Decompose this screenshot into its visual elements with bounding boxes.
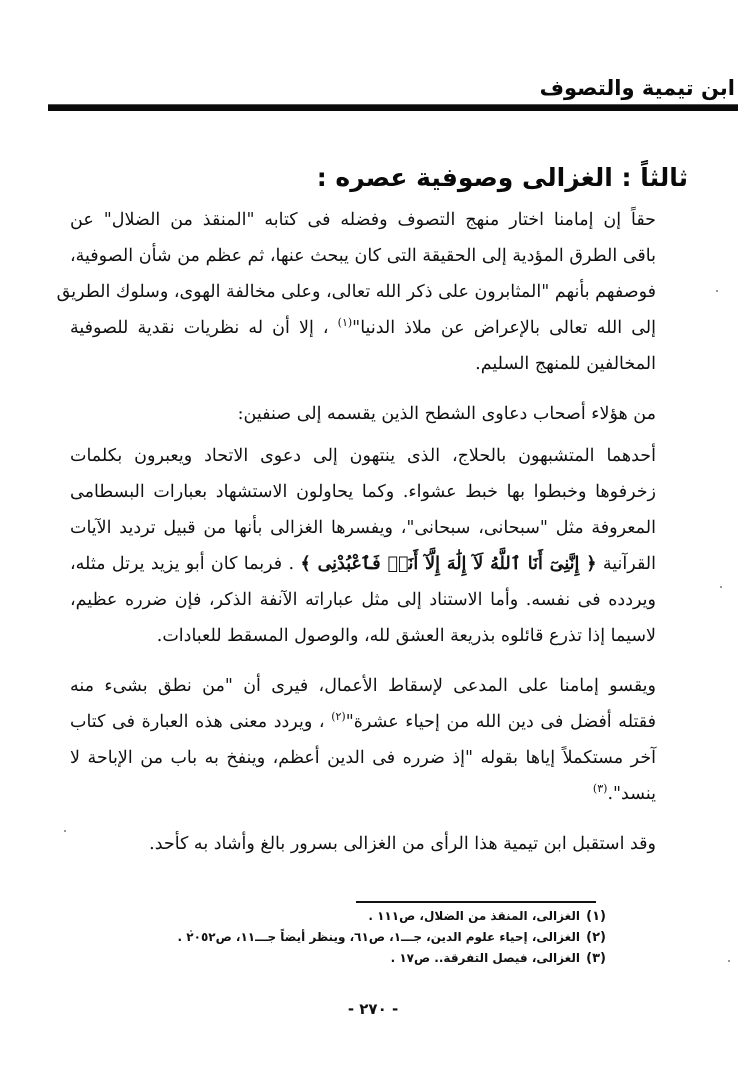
footnote-separator	[356, 901, 596, 903]
text-line: وقد استقبل ابن تيمية هذا الرأى من الغزال…	[70, 826, 686, 862]
footnote-ref-1[interactable]: (١)	[338, 316, 353, 329]
text-line: ويقسو إمامنا على المدعى لإسقاط الأعمال، …	[70, 668, 686, 704]
footnote-text: الغزالى، المنقذ من الضلال، ص١١١ .	[368, 906, 580, 927]
text-segment: ، ويردد معنى هذه العبارة فى كتاب	[70, 712, 331, 732]
footnote-ref-2[interactable]: (٢)	[331, 710, 346, 723]
text-line: ويردده فى نفسه. وأما الاستناد إلى مثل عب…	[70, 582, 686, 618]
paragraph-5: وقد استقبل ابن تيمية هذا الرأى من الغزال…	[70, 826, 686, 862]
text-segment: القرآنية	[603, 554, 656, 574]
text-line: لاسيما إذا تذرع قائلوه بذريعة العشق لله،…	[70, 618, 686, 654]
body-text: حقاً إن إمامنا اختار منهج التصوف وفضله ف…	[70, 202, 686, 862]
text-segment: ، إلا أن له نظريات نقدية للصوفية	[70, 318, 338, 338]
footnote-2: (٢) الغزالى، إحياء علوم الدين، جـــ١، ص٦…	[146, 927, 606, 948]
paragraph-2: من هؤلاء أصحاب دعاوى الشطح الذين يقسمه إ…	[70, 396, 686, 432]
text-line: من هؤلاء أصحاب دعاوى الشطح الذين يقسمه إ…	[70, 396, 686, 432]
footnote-number: (٢)	[580, 927, 606, 948]
text-line: زخرفوها وخبطوا بها خبط عشواء. وكما يحاول…	[70, 474, 686, 510]
paragraph-4: ويقسو إمامنا على المدعى لإسقاط الأعمال، …	[70, 668, 686, 812]
book-page: ابن تيمية والتصوف ثالثاً : الغزالى وصوفي…	[0, 0, 746, 1071]
page-number: - ٢٧٠ -	[0, 1000, 746, 1018]
text-line: باقى الطرق المؤدية إلى الحقيقة التى كان …	[70, 238, 686, 274]
text-line: إلى الله تعالى بالإعراض عن ملاذ الدنيا"(…	[70, 310, 686, 346]
text-line: ينسد".(٣)	[70, 776, 686, 812]
text-line: فوصفهم بأنهم "المثابرون على ذكر الله تعا…	[70, 274, 686, 310]
text-segment: ينسد".	[607, 784, 656, 804]
paragraph-3: أحدهما المتشبهون بالحلاج، الذى ينتهون إل…	[70, 438, 686, 654]
text-line: فقتله أفضل فى دين الله من إحياء عشرة"(٢)…	[70, 704, 686, 740]
footnotes: (١) الغزالى، المنقذ من الضلال، ص١١١ . (٢…	[146, 906, 606, 969]
text-line: المعروفة مثل "سبحانى، سبحانى"، ويفسرها ا…	[70, 510, 686, 546]
running-header: ابن تيمية والتصوف	[48, 74, 738, 111]
header-rule	[48, 104, 738, 111]
text-segment: . فربما كان أبو يزيد يرتل مثله،	[70, 554, 300, 574]
text-line: أحدهما المتشبهون بالحلاج، الذى ينتهون إل…	[70, 438, 686, 474]
text-line: آخر مستكملاً إياها بقوله "إذ ضرره فى الد…	[70, 740, 686, 776]
footnote-1: (١) الغزالى، المنقذ من الضلال، ص١١١ .	[146, 906, 606, 927]
running-header-title: ابن تيمية والتصوف	[48, 74, 738, 102]
scan-speck	[728, 960, 730, 962]
scan-speck	[64, 830, 66, 832]
text-segment: فقتله أفضل فى دين الله من إحياء عشرة"	[346, 712, 656, 732]
footnote-text: الغزالى، فيصل التفرقة.. ص١٧ .	[391, 948, 580, 969]
footnote-number: (٣)	[580, 948, 606, 969]
footnote-number: (١)	[580, 906, 606, 927]
footnote-ref-3[interactable]: (٣)	[593, 782, 608, 795]
text-line: حقاً إن إمامنا اختار منهج التصوف وفضله ف…	[70, 202, 686, 238]
scan-speck	[720, 586, 722, 588]
footnote-3: (٣) الغزالى، فيصل التفرقة.. ص١٧ .	[146, 948, 606, 969]
section-heading: ثالثاً : الغزالى وصوفية عصره :	[317, 160, 688, 196]
text-line: المخالفين للمنهج السليم.	[70, 346, 686, 382]
text-segment: إلى الله تعالى بالإعراض عن ملاذ الدنيا"	[352, 318, 656, 338]
footnote-text: الغزالى، إحياء علوم الدين، جـــ١، ص٦١، و…	[178, 927, 580, 948]
scan-speck	[190, 930, 192, 932]
text-line: القرآنية ﴿ إِنَّنِىٓ أَنَا ٱللَّهُ لَآ إ…	[70, 546, 686, 582]
scan-speck	[716, 290, 718, 292]
paragraph-1: حقاً إن إمامنا اختار منهج التصوف وفضله ف…	[70, 202, 686, 382]
quran-verse: ﴿ إِنَّنِىٓ أَنَا ٱللَّهُ لَآ إِلَٰهَ إِ…	[300, 554, 596, 574]
